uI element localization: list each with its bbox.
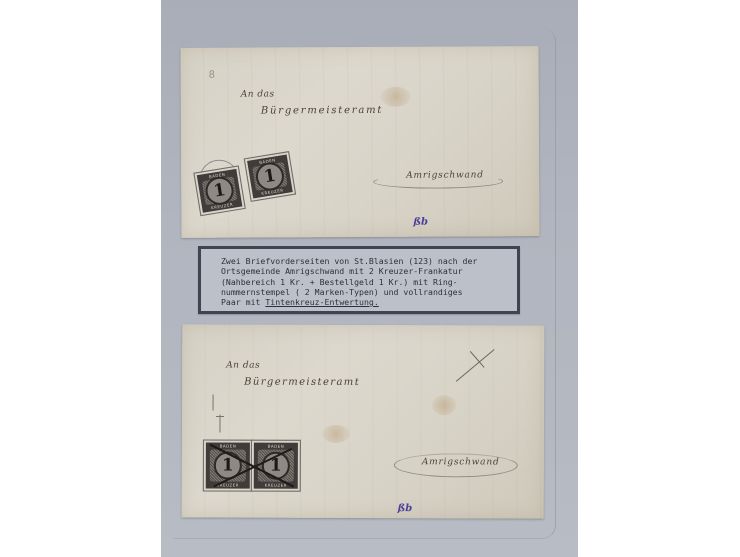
- lower-cover: An das Bürgermeisteramt Amrigschwand ßb …: [182, 324, 545, 518]
- underlined-term: Tintenkreuz-Entwertung.: [265, 297, 378, 307]
- upper-cover: 8 An das Bürgermeisteramt Amrigschwand ß…: [181, 46, 540, 238]
- address-underline-flourish: [373, 174, 503, 189]
- pencil-cross-mark: [452, 345, 502, 385]
- description-line: Ortsgemeinde Amrigschwand mit 2 Kreuzer-…: [221, 266, 517, 276]
- description-line: Zwei Briefvorderseiten von St.Blasien (1…: [221, 256, 517, 266]
- stamp: BADEN 1 KREUZER: [245, 152, 295, 201]
- stamp-value: 1: [222, 456, 234, 476]
- stamp: BADEN 1 KREUZER: [204, 440, 252, 490]
- description-line: nummernstempel ( 2 Marken-Typen) und vol…: [221, 287, 517, 297]
- description-line: Paar mit Tintenkreuz-Entwertung.: [221, 297, 517, 307]
- foxing-spot: [381, 87, 411, 107]
- address-line-1: An das: [226, 361, 260, 371]
- album-page: 8 An das Bürgermeisteramt Amrigschwand ß…: [161, 0, 578, 557]
- pencil-marks: [210, 394, 224, 434]
- foxing-spot: [322, 425, 350, 443]
- stamp: BADEN 1 KREUZER: [252, 441, 300, 491]
- violet-mark: ßb: [398, 503, 413, 514]
- address-line-2: Bürgermeisteramt: [261, 105, 383, 117]
- address-line-2: Bürgermeisteramt: [244, 377, 360, 388]
- stamp: BADEN 1 KREUZER: [194, 167, 244, 216]
- stamp-value: 1: [270, 456, 282, 476]
- violet-mark: ßb: [413, 217, 428, 228]
- address-oval: [394, 453, 518, 477]
- foxing-spot: [432, 395, 456, 415]
- pencil-note: 8: [209, 70, 216, 81]
- description-line: (Nahbereich 1 Kr. + Bestellgeld 1 Kr.) m…: [221, 277, 517, 287]
- stamp-pair: BADEN 1 KREUZER BADEN 1 KREUZER: [204, 440, 300, 490]
- address-line-1: An das: [241, 89, 275, 99]
- description-box: Zwei Briefvorderseiten von St.Blasien (1…: [198, 246, 520, 314]
